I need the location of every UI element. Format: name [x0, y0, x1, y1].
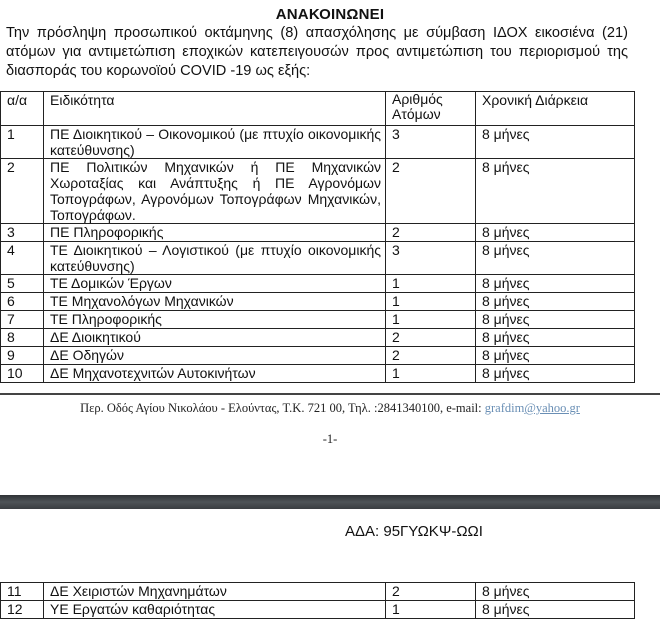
staff-table: α/α Ειδικότητα Αριθμός Ατόμων Χρονική Δι… — [0, 91, 635, 383]
table-row: 11ΔΕ Χειριστών Μηχανημάτων28 μήνες — [1, 583, 635, 601]
cell-specialty: ΠΕ Διοικητικού – Οικονομικού (με πτυχίο … — [44, 126, 386, 159]
cell-specialty: ΤΕ Διοικητικού – Λογιστικού (με πτυχίο ο… — [44, 242, 386, 275]
cell-no: 9 — [1, 347, 44, 365]
cell-no: 12 — [1, 601, 44, 619]
cell-no: 8 — [1, 329, 44, 347]
cell-no: 7 — [1, 311, 44, 329]
cell-duration: 8 μήνες — [476, 293, 635, 311]
cell-duration: 8 μήνες — [476, 601, 635, 619]
cell-no: 10 — [1, 365, 44, 383]
document-page-1: ΑΝΑΚΟΙΝΩΝΕΙ Την πρόσληψη προσωπικού οκτά… — [0, 0, 660, 495]
address-text: Περ. Οδός Αγίου Νικολάου - Ελούντας, Τ.Κ… — [80, 401, 485, 415]
table-row: 3ΠΕ Πληροφορικής28 μήνες — [1, 224, 635, 242]
cell-specialty: ΤΕ Μηχανολόγων Μηχανικών — [44, 293, 386, 311]
table-row: 1ΠΕ Διοικητικού – Οικονομικού (με πτυχίο… — [1, 126, 635, 159]
table-row: 4ΤΕ Διοικητικού – Λογιστικού (με πτυχίο … — [1, 242, 635, 275]
table-row: 6ΤΕ Μηχανολόγων Μηχανικών18 μήνες — [1, 293, 635, 311]
cell-specialty: ΠΕ Πληροφορικής — [44, 224, 386, 242]
cell-count: 2 — [386, 329, 476, 347]
cell-no: 5 — [1, 275, 44, 293]
header-no: α/α — [1, 92, 44, 126]
table-row: 7ΤΕ Πληροφορικής18 μήνες — [1, 311, 635, 329]
cell-no: 4 — [1, 242, 44, 275]
cell-no: 2 — [1, 159, 44, 224]
cell-no: 6 — [1, 293, 44, 311]
cell-count: 2 — [386, 224, 476, 242]
cell-count: 2 — [386, 347, 476, 365]
cell-specialty: ΔΕ Διοικητικού — [44, 329, 386, 347]
cell-no: 1 — [1, 126, 44, 159]
cell-specialty: ΤΕ Δομικών Έργων — [44, 275, 386, 293]
cell-duration: 8 μήνες — [476, 224, 635, 242]
cell-count: 3 — [386, 126, 476, 159]
intro-paragraph: Την πρόσληψη προσωπικού οκτάμηνης (8) απ… — [6, 24, 628, 81]
cell-specialty: ΠΕ Πολιτικών Μηχανικών ή ΠΕ Μηχανικών Χω… — [44, 159, 386, 224]
footer-address: Περ. Οδός Αγίου Νικολάου - Ελούντας, Τ.Κ… — [0, 401, 660, 416]
document-heading: ΑΝΑΚΟΙΝΩΝΕΙ — [0, 6, 660, 23]
page-separator — [0, 495, 660, 509]
table-row: 5ΤΕ Δομικών Έργων18 μήνες — [1, 275, 635, 293]
table-header-row: α/α Ειδικότητα Αριθμός Ατόμων Χρονική Δι… — [1, 92, 635, 126]
table-row: 12ΥΕ Εργατών καθαριότητας18 μήνες — [1, 601, 635, 619]
cell-count: 1 — [386, 311, 476, 329]
staff-table-continued: 11ΔΕ Χειριστών Μηχανημάτων28 μήνες12ΥΕ Ε… — [0, 582, 635, 619]
cell-specialty: ΔΕ Χειριστών Μηχανημάτων — [44, 583, 386, 601]
footer-divider — [0, 393, 660, 395]
table-row: 2ΠΕ Πολιτικών Μηχανικών ή ΠΕ Μηχανικών Χ… — [1, 159, 635, 224]
cell-duration: 8 μήνες — [476, 159, 635, 224]
cell-duration: 8 μήνες — [476, 126, 635, 159]
table-row: 9ΔΕ Οδηγών28 μήνες — [1, 347, 635, 365]
cell-count: 1 — [386, 601, 476, 619]
cell-duration: 8 μήνες — [476, 311, 635, 329]
cell-specialty: ΔΕ Μηχανοτεχνιτών Αυτοκινήτων — [44, 365, 386, 383]
cell-duration: 8 μήνες — [476, 275, 635, 293]
page-number: -1- — [0, 432, 660, 447]
cell-count: 3 — [386, 242, 476, 275]
cell-duration: 8 μήνες — [476, 347, 635, 365]
cell-count: 1 — [386, 365, 476, 383]
cell-no: 3 — [1, 224, 44, 242]
cell-duration: 8 μήνες — [476, 365, 635, 383]
table-row: 8ΔΕ Διοικητικού28 μήνες — [1, 329, 635, 347]
ada-code: ΑΔΑ: 95ΓΥΩΚΨ-ΩΩΙ — [345, 523, 483, 540]
cell-specialty: ΤΕ Πληροφορικής — [44, 311, 386, 329]
cell-specialty: ΔΕ Οδηγών — [44, 347, 386, 365]
cell-count: 2 — [386, 159, 476, 224]
table-row: 10ΔΕ Μηχανοτεχνιτών Αυτοκινήτων18 μήνες — [1, 365, 635, 383]
cell-duration: 8 μήνες — [476, 329, 635, 347]
cell-count: 1 — [386, 275, 476, 293]
cell-duration: 8 μήνες — [476, 242, 635, 275]
cell-count: 2 — [386, 583, 476, 601]
email-domain-link[interactable]: @yahoo.gr — [524, 401, 580, 415]
header-specialty: Ειδικότητα — [44, 92, 386, 126]
email-user[interactable]: grafdim — [485, 401, 525, 415]
header-count: Αριθμός Ατόμων — [386, 92, 476, 126]
cell-no: 11 — [1, 583, 44, 601]
cell-duration: 8 μήνες — [476, 583, 635, 601]
cell-count: 1 — [386, 293, 476, 311]
header-duration: Χρονική Διάρκεια — [476, 92, 635, 126]
cell-specialty: ΥΕ Εργατών καθαριότητας — [44, 601, 386, 619]
